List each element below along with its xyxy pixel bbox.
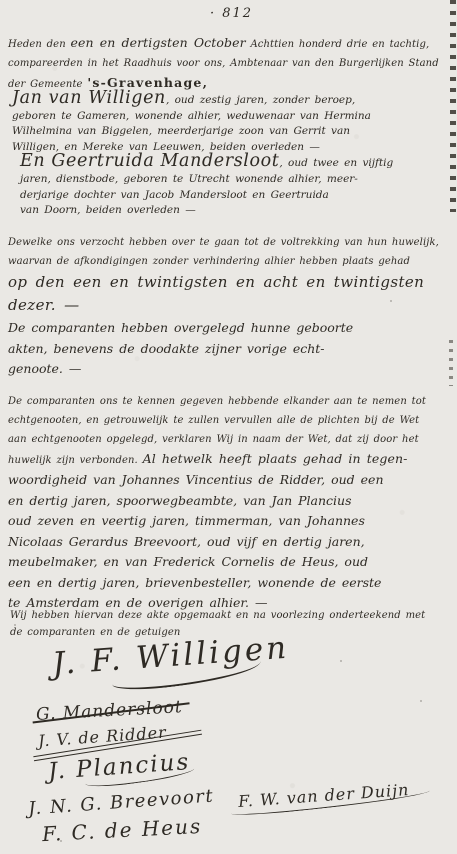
paper-speckle (340, 660, 342, 662)
groom-line-1: Jan van Willigen, oud zestig jaren, zond… (12, 88, 452, 109)
declaration-line-5: woordigheid van Johannes Vincentius de R… (8, 470, 452, 491)
groom-line-1-rest: , oud zestig jaren, zonder beroep, (166, 94, 355, 106)
intro-paragraph: Heden den een en dertigsten October Acht… (8, 33, 452, 94)
groom-name: Jan van Willigen (12, 88, 166, 108)
declaration-line-4b: Al hetwelk heeft plaats gehad in tegen- (143, 451, 408, 466)
documents-paragraph: De comparanten hebben overgelegd hunne g… (8, 318, 452, 380)
declaration-paragraph: De comparanten ons te kennen gegeven heb… (8, 392, 452, 614)
documents-line-2: akten, benevens de doodakte zijner vorig… (8, 339, 452, 360)
paper-speckle (14, 624, 16, 626)
intro-line-2: compareerden in het Raadhuis voor ons, A… (8, 54, 452, 73)
intro-line-1-pre: Heden den (8, 39, 66, 50)
bride-paragraph: En Geertruida Mandersloot, oud twee en v… (20, 150, 452, 219)
signature-witness-heus: F. C. de Heus (41, 814, 202, 846)
bride-name-prefix: En (20, 151, 51, 171)
signature-witness-ridder: J. V. de Ridder (37, 723, 167, 751)
signature-bride: G. Mandersloot (36, 697, 184, 725)
paper-speckle (420, 700, 422, 702)
marriage-act-page: · 812 Heden den een en dertigsten Octobe… (0, 0, 457, 854)
intro-line-1-post: Achttien honderd drie en tachtig, (250, 39, 429, 50)
paper-speckle (390, 300, 392, 302)
bride-line-3: derjarige dochter van Jacob Mandersloot … (20, 188, 452, 204)
bride-line-1-rest: , oud twee en vijftig (279, 157, 393, 169)
groom-line-2: geboren te Gameren, wonende alhier, wedu… (12, 109, 452, 125)
announcement-line-2: waarvan de afkondigingen zonder verhinde… (8, 252, 452, 271)
bride-line-2: jaren, dienstbode, geboren te Utrecht wo… (20, 172, 452, 188)
documents-line-1: De comparanten hebben overgelegd hunne g… (8, 318, 452, 339)
bride-line-4: van Doorn, beiden overleden — (20, 203, 452, 219)
intro-line-1: Heden den een en dertigsten October Acht… (8, 33, 452, 54)
declaration-line-8: Nicolaas Gerardus Breevoort, oud vijf en… (8, 532, 452, 553)
declaration-line-2: echtgenooten, en getrouwelijk te zullen … (8, 411, 452, 430)
declaration-line-7: oud zeven en veertig jaren, timmerman, v… (8, 511, 452, 532)
documents-line-3: genoote. — (8, 359, 452, 380)
declaration-line-4: huwelijk zijn verbonden. Al hetwelk heef… (8, 449, 452, 470)
signature-official: F. W. van der Duijn (238, 780, 410, 811)
intro-line-1-date: een en dertigsten October (71, 35, 246, 50)
groom-paragraph: Jan van Willigen, oud zestig jaren, zond… (12, 88, 452, 155)
paper-speckle (60, 840, 62, 842)
declaration-line-1: De comparanten ons te kennen gegeven heb… (8, 392, 452, 411)
announcement-line-3: op den een en twintigsten en acht en twi… (8, 271, 452, 294)
declaration-line-4a: huwelijk zijn verbonden. (8, 455, 138, 466)
act-number: · 812 (210, 6, 253, 21)
declaration-line-3: aan echtgenooten opgelegd, verklaren Wij… (8, 430, 452, 449)
groom-line-3: Wilhelmina van Biggelen, meerderjarige z… (12, 124, 452, 140)
declaration-line-10: een en dertig jaren, brievenbesteller, w… (8, 573, 452, 594)
bride-line-1: En Geertruida Mandersloot, oud twee en v… (20, 150, 452, 172)
declaration-line-9: meubelmaker, en van Frederick Cornelis d… (8, 552, 452, 573)
bride-name: Geertruida Mandersloot (51, 151, 279, 171)
announcement-paragraph: Dewelke ons verzocht hebben over te gaan… (8, 233, 452, 317)
declaration-line-6: en dertig jaren, spoorwegbeambte, van Ja… (8, 491, 452, 512)
announcement-line-4: dezer. — (8, 294, 452, 317)
binding-edge-marks-lower (449, 340, 453, 386)
closing-line-1: Wij hebben hiervan deze akte opgemaakt e… (10, 607, 452, 624)
binding-edge-marks (450, 0, 456, 212)
announcement-line-1: Dewelke ons verzocht hebben over te gaan… (8, 233, 452, 252)
